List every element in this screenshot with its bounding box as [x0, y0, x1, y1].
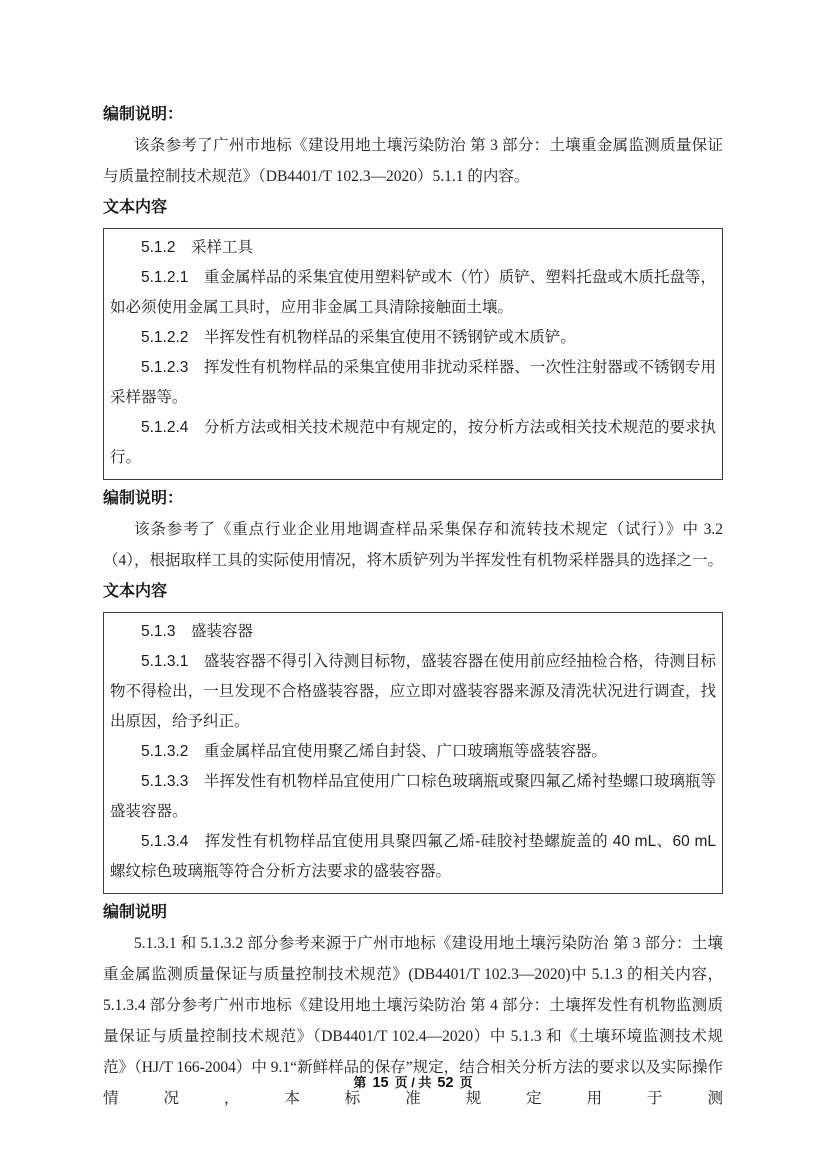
footer-separator: 页 / 共 — [395, 1075, 432, 1090]
document-content: 编制说明： 该条参考了广州市地标《建设用地土壤污染防治 第 3 部分：土壤重金属… — [103, 99, 723, 1114]
editorial-note-paragraph-1: 该条参考了广州市地标《建设用地土壤污染防治 第 3 部分：土壤重金属监测质量保证… — [103, 130, 723, 192]
text-content-heading-2: 文本内容 — [103, 576, 723, 607]
standard-text-box-2: 5.1.3 盛装容器 5.1.3.1 盛装容器不得引入待测目标物，盛装容器在使用… — [103, 612, 723, 894]
editorial-note-paragraph-2: 该条参考了《重点行业企业用地调查样品采集保存和流转技术规定（试行）》中 3.2（… — [103, 514, 723, 576]
editorial-note-heading-2: 编制说明： — [103, 483, 723, 514]
clause-5-1-2-4: 5.1.2.4 分析方法或相关技术规范中有规定的，按分析方法或相关技术规范的要求… — [110, 413, 716, 473]
clause-5-1-3-4: 5.1.3.4 挥发性有机物样品宜使用具聚四氟乙烯-硅胶衬垫螺旋盖的 40 mL… — [110, 827, 716, 887]
page-footer: 第15页 / 共52页 — [0, 1072, 826, 1091]
footer-total-pages: 52 — [437, 1075, 453, 1091]
clause-5-1-2-3: 5.1.2.3 挥发性有机物样品的采集宜使用非扰动采样器、一次性注射器或不锈钢专… — [110, 353, 716, 413]
editorial-note-heading-3: 编制说明 — [103, 897, 723, 928]
clause-5-1-2: 5.1.2 采样工具 — [110, 233, 716, 263]
footer-suffix: 页 — [460, 1075, 473, 1090]
footer-page-number: 15 — [372, 1075, 388, 1091]
footer-prefix: 第 — [353, 1075, 366, 1090]
clause-5-1-3-1: 5.1.3.1 盛装容器不得引入待测目标物，盛装容器在使用前应经抽检合格，待测目… — [110, 647, 716, 737]
clause-5-1-2-2: 5.1.2.2 半挥发性有机物样品的采集宜使用不锈钢铲或木质铲。 — [110, 323, 716, 353]
standard-text-box-1: 5.1.2 采样工具 5.1.2.1 重金属样品的采集宜使用塑料铲或木（竹）质铲… — [103, 228, 723, 480]
document-page: 编制说明： 该条参考了广州市地标《建设用地土壤污染防治 第 3 部分：土壤重金属… — [0, 0, 826, 1169]
editorial-note-heading-1: 编制说明： — [103, 99, 723, 130]
text-content-heading-1: 文本内容 — [103, 192, 723, 223]
clause-5-1-3: 5.1.3 盛装容器 — [110, 617, 716, 647]
clause-5-1-3-3: 5.1.3.3 半挥发性有机物样品宜使用广口棕色玻璃瓶或聚四氟乙烯衬垫螺口玻璃瓶… — [110, 767, 716, 827]
clause-5-1-3-2: 5.1.3.2 重金属样品宜使用聚乙烯自封袋、广口玻璃瓶等盛装容器。 — [110, 737, 716, 767]
clause-5-1-2-1: 5.1.2.1 重金属样品的采集宜使用塑料铲或木（竹）质铲、塑料托盘或木质托盘等… — [110, 263, 716, 323]
